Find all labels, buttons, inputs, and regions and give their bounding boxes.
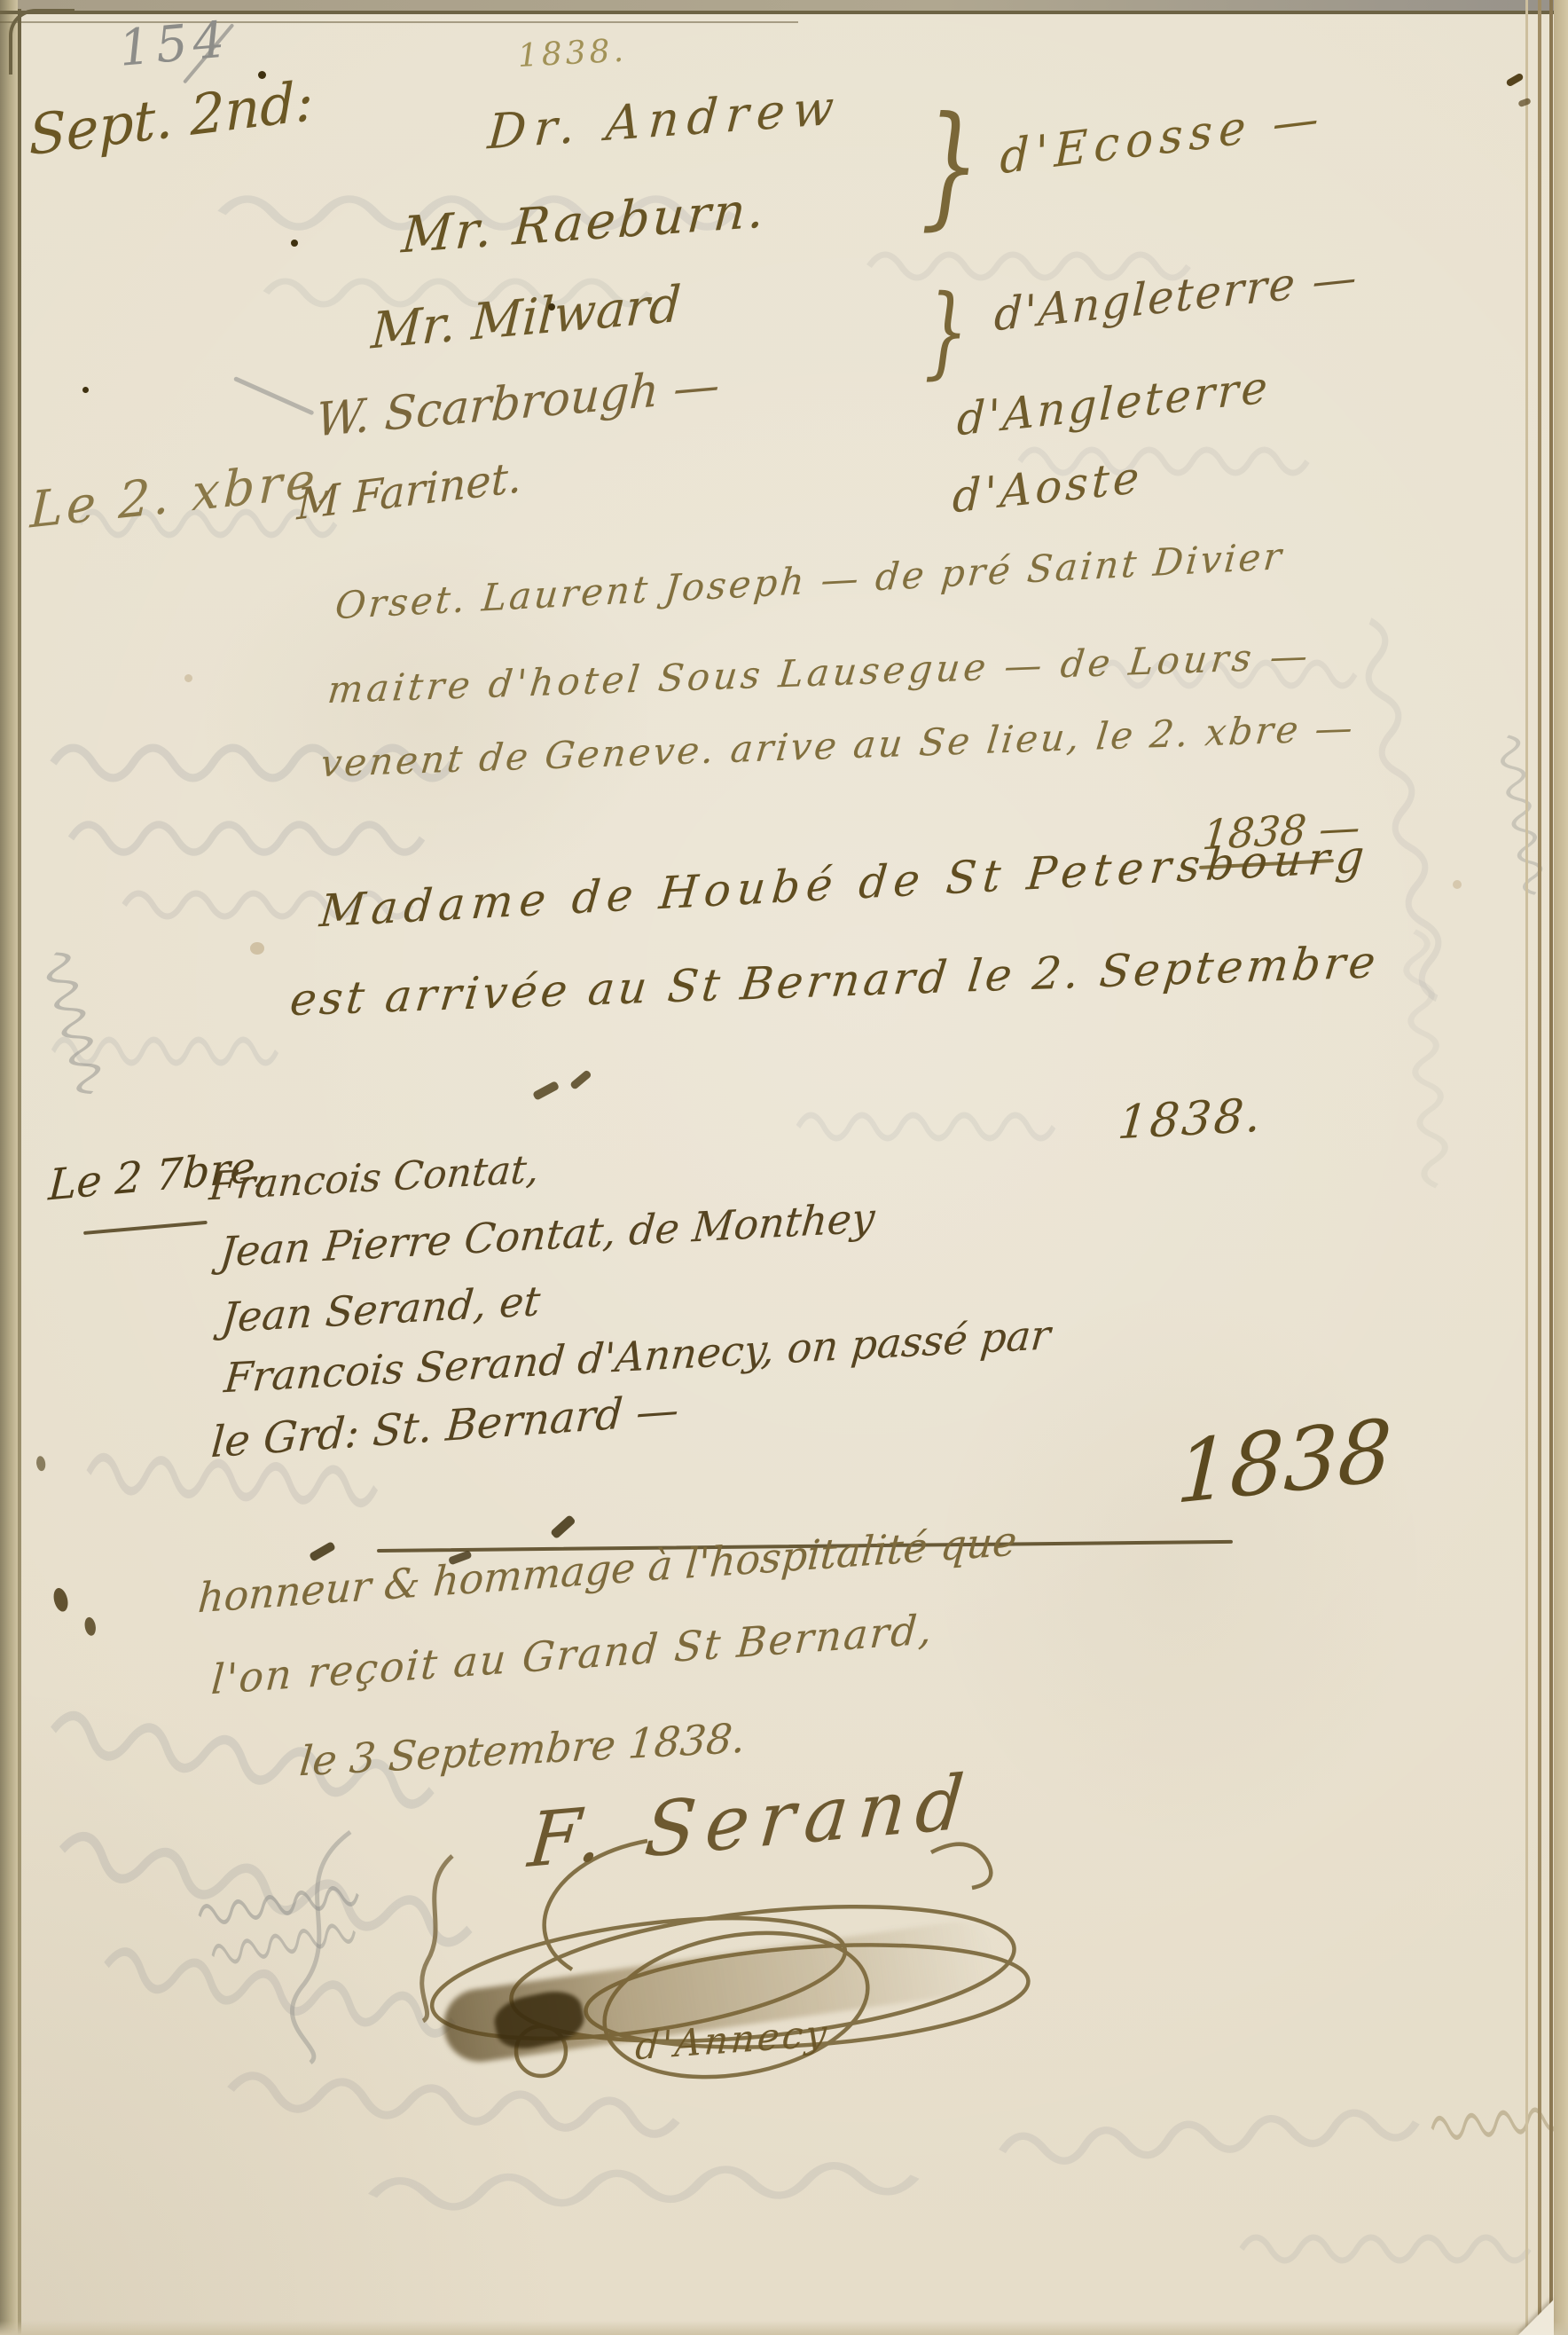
hoube-year: 1838.	[1116, 1092, 1265, 1146]
paper-blotch	[931, 1286, 1428, 1854]
origin-angleterre-1: d'Angleterre —	[993, 255, 1359, 338]
brace-angleterre: }	[924, 282, 968, 381]
contat-line-2: Jean Pierre Contat, de Monthey	[218, 1197, 876, 1272]
origin-ecosse: d'Ecosse —	[1000, 95, 1325, 181]
pencil-streak	[233, 376, 315, 415]
page-frame-top-line	[0, 11, 1568, 14]
entry-2xbre-margin-date: Le 2. xbre,	[29, 454, 339, 537]
ink-speck	[82, 387, 89, 393]
ink-blob	[309, 1541, 336, 1562]
foxing-spot	[250, 942, 264, 955]
contat-year-large: 1838	[1175, 1407, 1393, 1515]
contat-line-5: le Grd: St. Bernard —	[210, 1388, 680, 1464]
ink-speck	[1505, 73, 1524, 88]
orset-line-2: maitre d'hotel Sous Lausegue — de Lours …	[326, 637, 1313, 709]
photo-bottom-edge	[0, 2321, 1568, 2335]
origin-angleterre-2: d'Angleterre	[956, 365, 1271, 443]
hommage-line-2: l'on reçoit au Grand St Bernard,	[210, 1608, 935, 1700]
guest-name-scarbrough: W. Scarbrough —	[315, 362, 720, 444]
origin-aoste: d'Aoste	[952, 454, 1143, 519]
flourish-tail	[931, 1844, 991, 1888]
hommage-line-1: honneur & hommage à l'hospitalité que	[197, 1520, 1018, 1618]
page-frame-left-line	[18, 9, 21, 2335]
page-stack-edge	[1549, 0, 1553, 2335]
ink-mark	[569, 1069, 592, 1090]
guest-name-raeburn: Mr. Raeburn.	[400, 185, 768, 261]
year-heading: 1838.	[517, 35, 628, 73]
pencil-swirl	[266, 1828, 381, 2067]
manuscript-photo: { "page": { "folio_number": "154", "year…	[0, 0, 1568, 2335]
ink-fleck	[83, 1616, 97, 1637]
book-binding-edge	[0, 0, 18, 2335]
page-stack-edge	[1538, 0, 1541, 2335]
orset-line-1: Orset. Laurent Joseph — de pré Saint Div…	[333, 538, 1285, 625]
page-frame-corner	[9, 9, 74, 75]
ink-fleck	[35, 1456, 46, 1472]
ink-mark	[532, 1081, 560, 1101]
photo-top-edge	[0, 0, 1568, 11]
signature-serand: F. Serand	[526, 1764, 976, 1878]
ink-speck	[258, 71, 266, 79]
ink-blob	[550, 1514, 576, 1539]
guest-name-andrew: Dr. Andrew	[486, 83, 843, 156]
page-corner-fold	[1518, 2300, 1554, 2335]
contat-line-3: Jean Serand, et	[220, 1280, 542, 1338]
foxing-spot	[1453, 880, 1462, 889]
ink-speck	[548, 303, 555, 311]
guest-name-milward: Mr. Milward	[370, 279, 682, 357]
hommage-line-3: le 3 Septembre 1838.	[298, 1718, 747, 1782]
hoube-line-2: est arrivée au St Bernard le 2. Septembr…	[288, 940, 1381, 1022]
ink-speck	[1517, 98, 1532, 107]
page-stack-edge	[1525, 0, 1528, 2335]
orset-line-3: venent de Geneve. arive au Se lieu, le 2…	[319, 709, 1357, 782]
page-stack-edge	[1554, 0, 1568, 2335]
ink-speck	[291, 240, 298, 247]
brace-ecosse: }	[921, 99, 980, 232]
hoube-line-1: Madame de Houbé de St Petersbourg	[318, 834, 1373, 933]
manuscript-page: 154 1838. Sept. 2nd: Dr. Andrew Mr. Raeb…	[0, 0, 1568, 2335]
ink-fleck	[51, 1586, 70, 1613]
entry-sept2-margin-date: Sept. 2nd:	[28, 74, 314, 164]
ink-underline	[83, 1221, 208, 1235]
foxing-spot	[184, 674, 192, 682]
